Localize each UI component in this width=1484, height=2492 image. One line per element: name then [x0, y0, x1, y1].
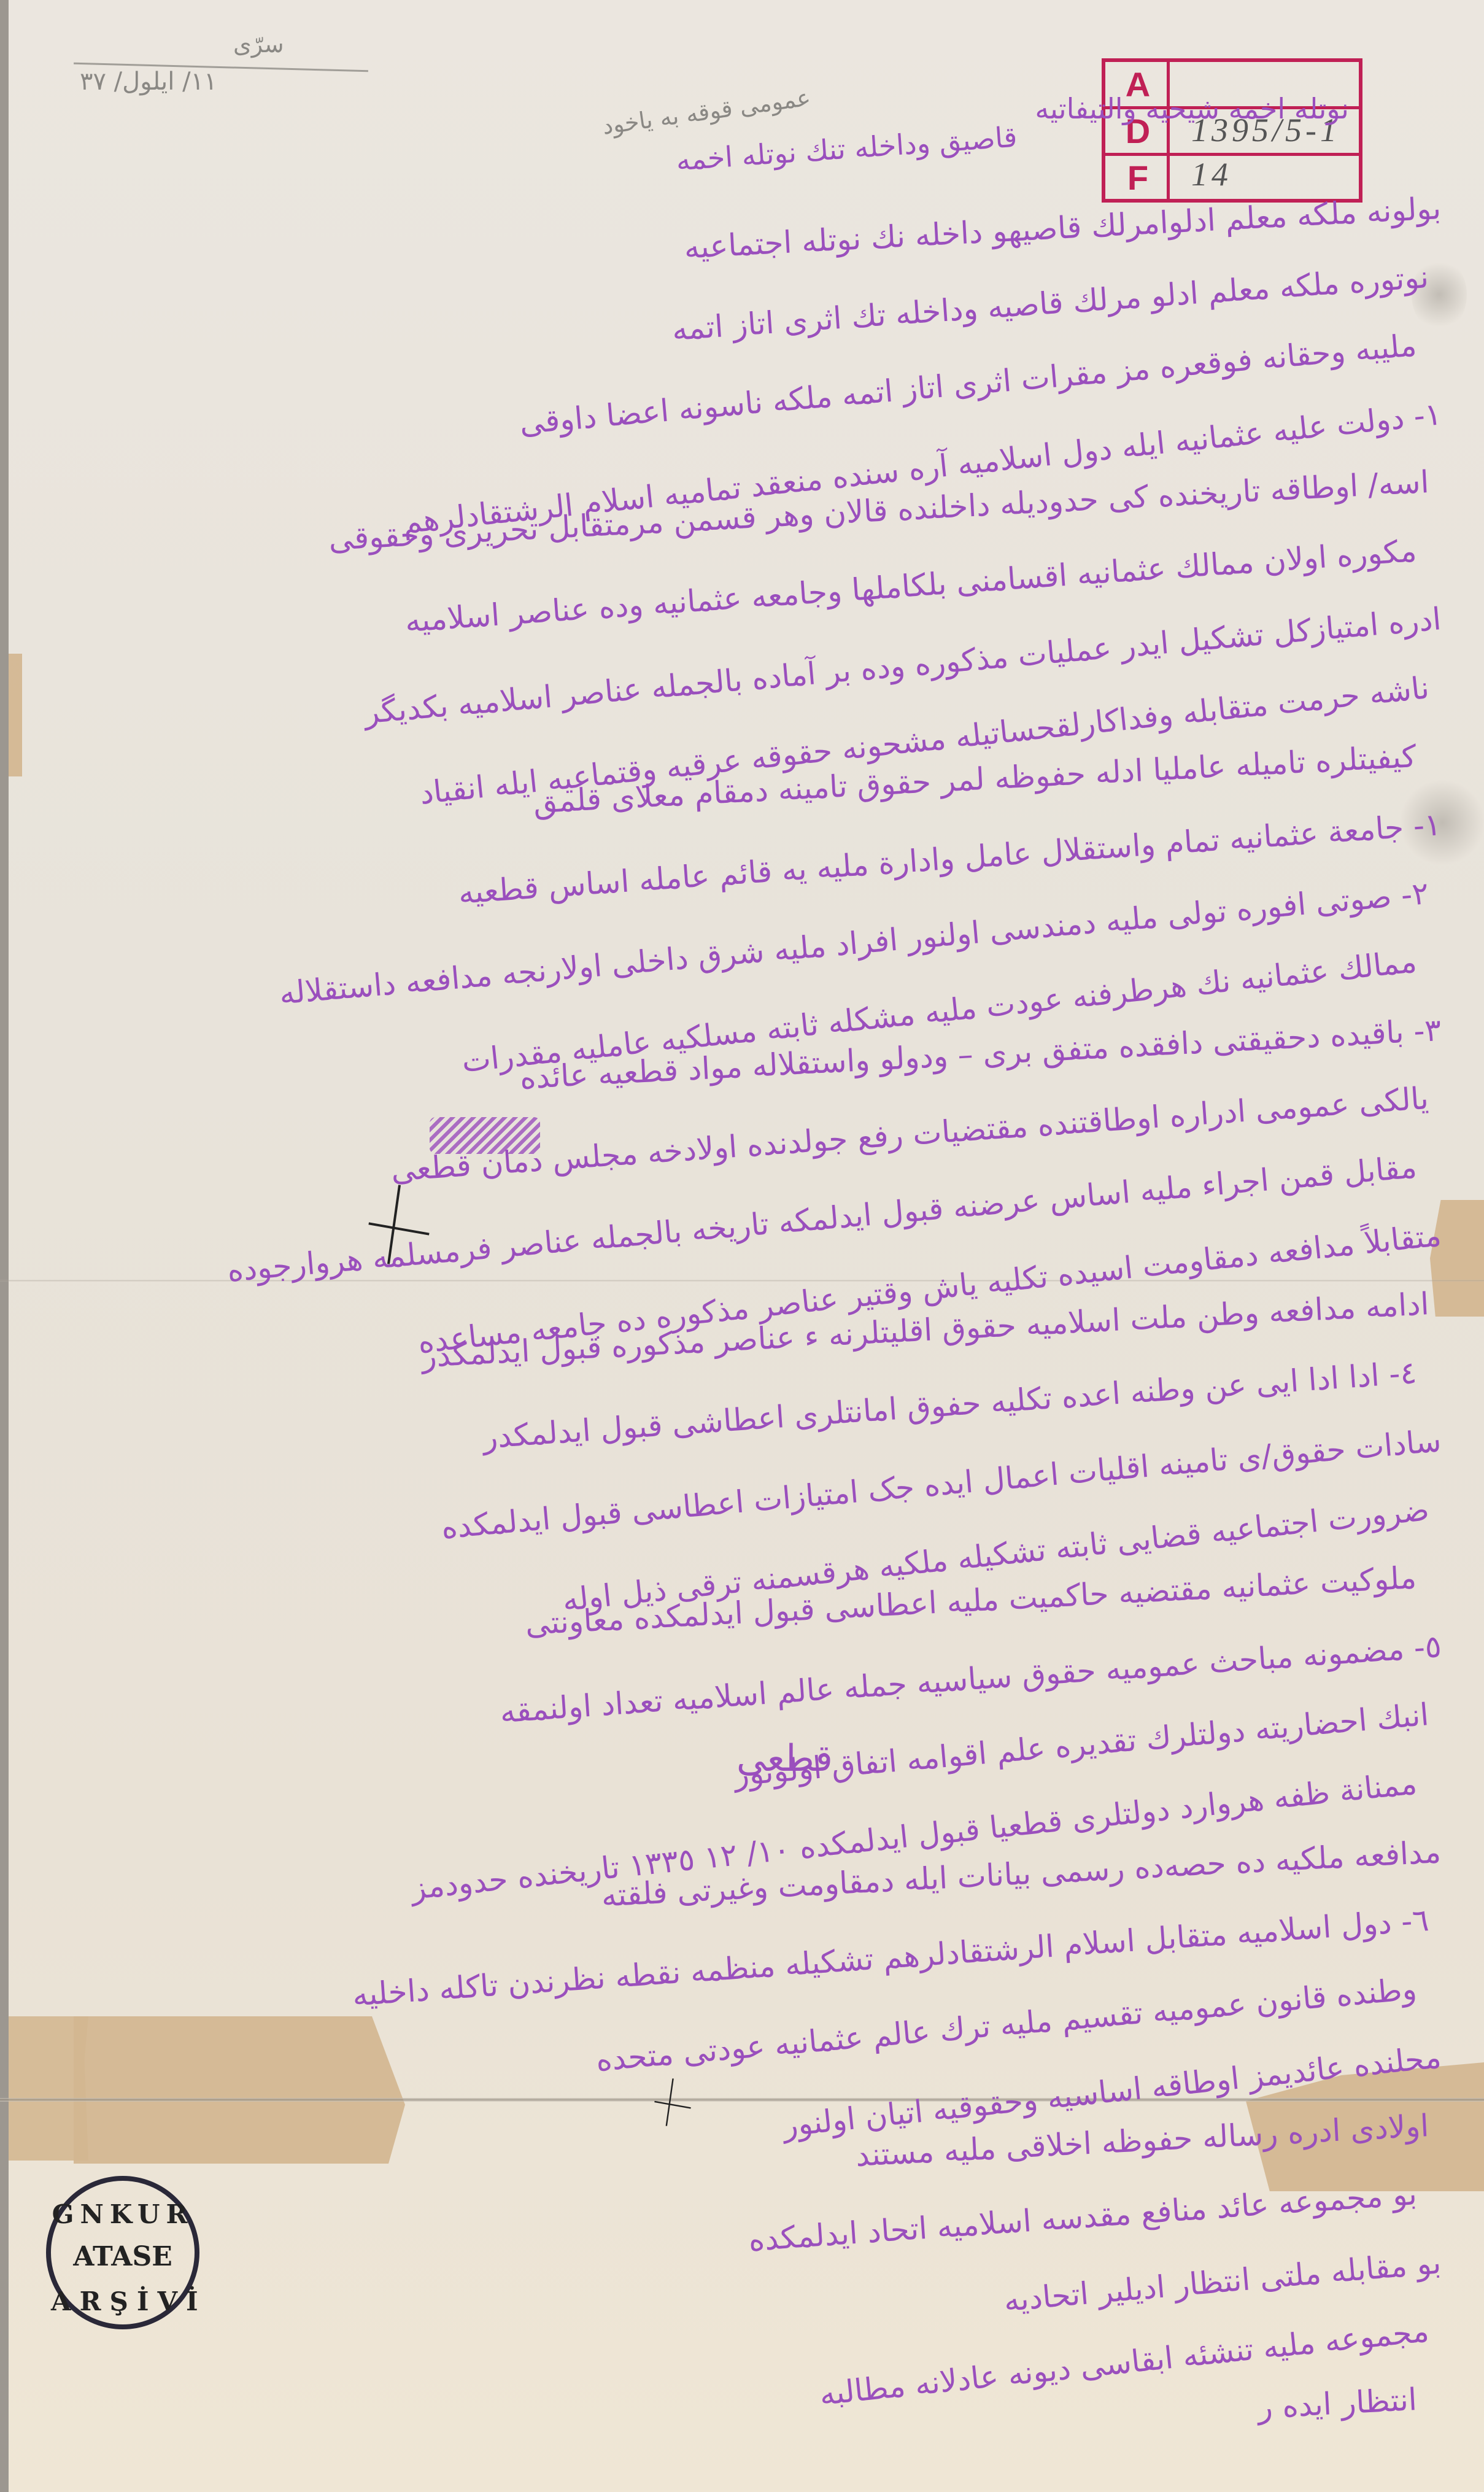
cross-mark [368, 1185, 436, 1264]
stamp-label-f: F [1123, 158, 1153, 198]
stamp-value-f: 14 [1191, 155, 1232, 193]
fold-crease-upper [0, 1280, 1484, 1282]
archive-round-stamp: GNKUR ATASE ARŞİVİ [46, 2176, 199, 2329]
margin-note: قطعی [736, 1737, 833, 1780]
fold-crease [0, 2098, 1484, 2102]
pencil-date: ١١/ ايلول/ ٣٧ [80, 68, 217, 96]
stamp-divider [1167, 62, 1170, 199]
round-stamp-center: ATASE [51, 2241, 195, 2272]
cross-mark [654, 2078, 684, 2108]
tape-repair-left-1 [9, 654, 22, 776]
archive-reference-stamp: A D F 1395/5-1 14 [1102, 58, 1362, 203]
round-stamp-top: GNKUR [51, 2199, 195, 2229]
header-line: نوتله اخمه شیحیه والتیفاتیه [1035, 92, 1349, 125]
scan-left-edge [0, 0, 9, 2492]
crossed-out-word [430, 1117, 540, 1154]
pencil-heading: سرّی [233, 31, 284, 58]
stamp-divider [1105, 153, 1359, 156]
round-stamp-bottom: ARŞİVİ [51, 2286, 195, 2316]
tape-repair-bottom-center [74, 2016, 405, 2164]
